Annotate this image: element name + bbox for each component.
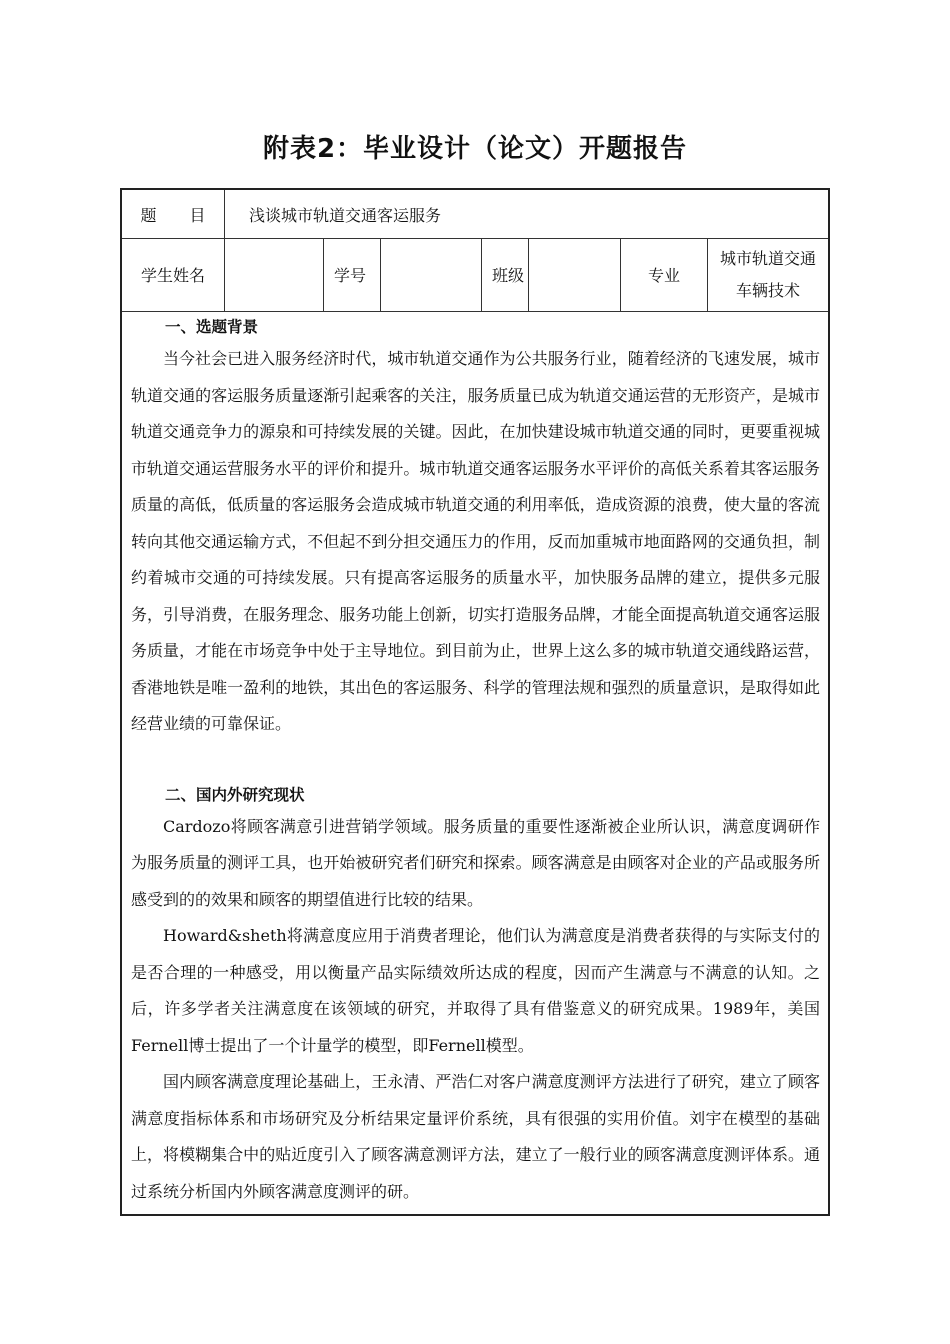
class-value	[529, 238, 621, 311]
research-paragraph-2: Howard&sheth将满意度应用于消费者理论，他们认为满意度是消费者获得的与…	[131, 918, 820, 1064]
student-id-value	[381, 238, 482, 311]
section-heading-research-status: 二、国内外研究现状	[131, 781, 820, 809]
topic-label: 题 目	[122, 190, 225, 238]
major-value-line2: 车辆技术	[736, 275, 800, 307]
background-paragraph: 当今社会已进入服务经济时代，城市轨道交通作为公共服务行业，随着经济的飞速发展，城…	[131, 341, 820, 743]
major-value-line1: 城市轨道交通	[720, 243, 816, 275]
topic-value: 浅谈城市轨道交通客运服务	[225, 190, 828, 238]
student-name-label: 学生姓名	[122, 238, 225, 311]
major-value: 城市轨道交通 车辆技术	[708, 238, 828, 311]
research-paragraph-3: 国内顾客满意度理论基础上，王永清、严浩仁对客户满意度测评方法进行了研究，建立了顾…	[131, 1064, 820, 1210]
proposal-body: 一、选题背景 当今社会已进入服务经济时代，城市轨道交通作为公共服务行业，随着经济…	[122, 311, 828, 1214]
student-info-row: 学生姓名 学号 班级 专业 城市轨道交通 车辆技术	[122, 238, 828, 312]
document-title: 附表2：毕业设计（论文）开题报告	[0, 128, 950, 165]
proposal-form-table: 题 目 浅谈城市轨道交通客运服务 学生姓名 学号 班级 专业 城市轨道交通 车辆…	[120, 188, 830, 1216]
class-label: 班级	[482, 238, 529, 311]
research-paragraph-1: Cardozo将顾客满意引进营销学领域。服务质量的重要性逐渐被企业所认识，满意度…	[131, 809, 820, 919]
topic-row: 题 目 浅谈城市轨道交通客运服务	[122, 190, 828, 239]
student-name-value	[225, 238, 324, 311]
major-label: 专业	[621, 238, 708, 311]
section-heading-background: 一、选题背景	[131, 313, 820, 341]
student-id-label: 学号	[324, 238, 381, 311]
